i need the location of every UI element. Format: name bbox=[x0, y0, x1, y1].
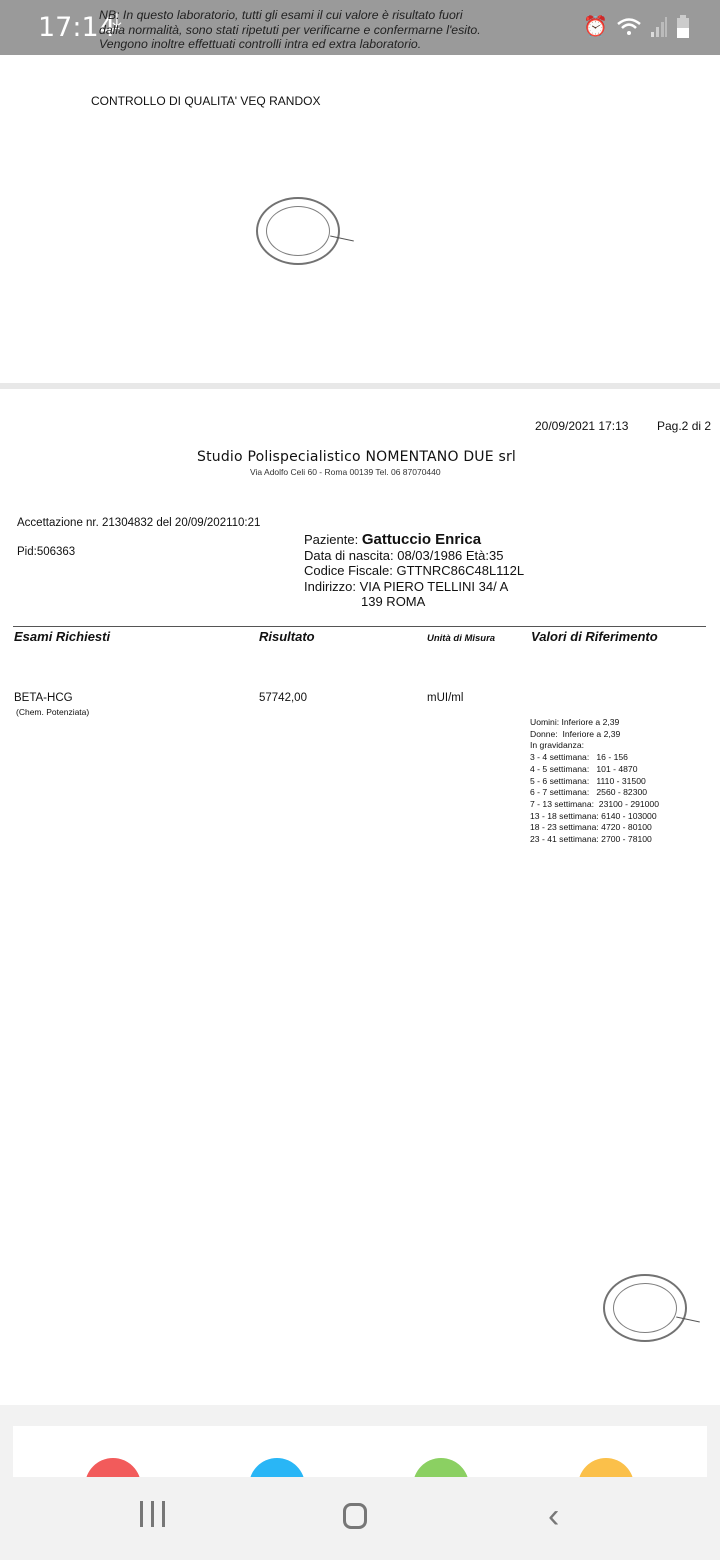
note-line: NB: In questo laboratorio, tutti gli esa… bbox=[99, 8, 481, 23]
patient-id: Pid:506363 bbox=[17, 546, 75, 558]
lab-address: Via Adolfo Celi 60 - Roma 00139 Tel. 06 … bbox=[250, 467, 441, 477]
reference-line: 18 - 23 settimana: 4720 - 80100 bbox=[530, 822, 659, 834]
reference-line: 3 - 4 settimana: 16 - 156 bbox=[530, 752, 659, 764]
signal-icon bbox=[650, 16, 668, 38]
navigation-bar: ‹ bbox=[0, 1477, 720, 1560]
reference-line: 5 - 6 settimana: 1110 - 31500 bbox=[530, 776, 659, 788]
exam-name: BETA-HCG bbox=[14, 692, 73, 704]
patient-name: Gattuccio Enrica bbox=[362, 531, 481, 548]
patient-label: Paziente: bbox=[304, 532, 362, 547]
reference-line: 23 - 41 settimana: 2700 - 78100 bbox=[530, 834, 659, 846]
wifi-icon bbox=[616, 16, 642, 38]
stamp-icon bbox=[256, 197, 340, 265]
header-unit: Unità di Misura bbox=[427, 633, 495, 644]
back-icon[interactable]: ‹ bbox=[548, 1497, 559, 1536]
patient-info: Paziente: Gattuccio Enrica Data di nasci… bbox=[304, 532, 524, 610]
recent-apps-icon[interactable] bbox=[140, 1501, 165, 1527]
note-line: Vengono inoltre effettuati controlli int… bbox=[99, 37, 481, 52]
lab-name: Studio Polispecialistico NOMENTANO DUE s… bbox=[197, 449, 516, 465]
patient-address-city: 139 ROMA bbox=[304, 594, 524, 610]
exam-method: (Chem. Potenziata) bbox=[16, 707, 89, 717]
note-line: dalla normalità, sono stati ripetuti per… bbox=[99, 23, 481, 38]
reference-line: 7 - 13 settimana: 23100 - 291000 bbox=[530, 799, 659, 811]
print-datetime: 20/09/2021 17:13 bbox=[535, 419, 628, 433]
stamp-icon bbox=[603, 1274, 687, 1342]
reference-line: Donne: Inferiore a 2,39 bbox=[530, 729, 659, 741]
reference-line: 4 - 5 settimana: 101 - 4870 bbox=[530, 764, 659, 776]
reference-line: In gravidanza: bbox=[530, 740, 659, 752]
home-icon[interactable] bbox=[343, 1503, 367, 1529]
page-indicator: Pag.2 di 2 bbox=[657, 419, 711, 433]
header-reference: Valori di Riferimento bbox=[531, 629, 658, 644]
battery-icon bbox=[676, 15, 690, 39]
header-exam: Esami Richiesti bbox=[14, 629, 110, 644]
alarm-icon: ⏰ bbox=[583, 14, 608, 39]
reference-values: Uomini: Inferiore a 2,39Donne: Inferiore… bbox=[530, 717, 659, 846]
status-icons: ⏰ bbox=[583, 14, 690, 39]
lab-note: NB: In questo laboratorio, tutti gli esa… bbox=[99, 8, 481, 52]
document-page-1[interactable]: CONTROLLO DI QUALITA' VEQ RANDOX bbox=[0, 55, 720, 383]
exam-result: 57742,00 bbox=[259, 692, 307, 704]
patient-address: Indirizzo: VIA PIERO TELLINI 34/ A bbox=[304, 579, 524, 595]
acceptance-number: Accettazione nr. 21304832 del 20/09/2021… bbox=[17, 517, 260, 529]
header-result: Risultato bbox=[259, 629, 315, 644]
reference-line: 6 - 7 settimana: 2560 - 82300 bbox=[530, 787, 659, 799]
document-page-2[interactable]: 20/09/2021 17:13 Pag.2 di 2 Studio Polis… bbox=[0, 389, 720, 1405]
quality-control-label: CONTROLLO DI QUALITA' VEQ RANDOX bbox=[91, 94, 320, 108]
table-rule bbox=[13, 626, 706, 627]
patient-fiscal-code: Codice Fiscale: GTTNRC86C48L112L bbox=[304, 563, 524, 579]
exam-unit: mUI/ml bbox=[427, 692, 463, 704]
status-bar: 17:14 ⤓ NB: In questo laboratorio, tutti… bbox=[0, 0, 720, 55]
patient-birth: Data di nascita: 08/03/1986 Età:35 bbox=[304, 548, 524, 564]
reference-line: 13 - 18 settimana: 6140 - 103000 bbox=[530, 811, 659, 823]
reference-line: Uomini: Inferiore a 2,39 bbox=[530, 717, 659, 729]
